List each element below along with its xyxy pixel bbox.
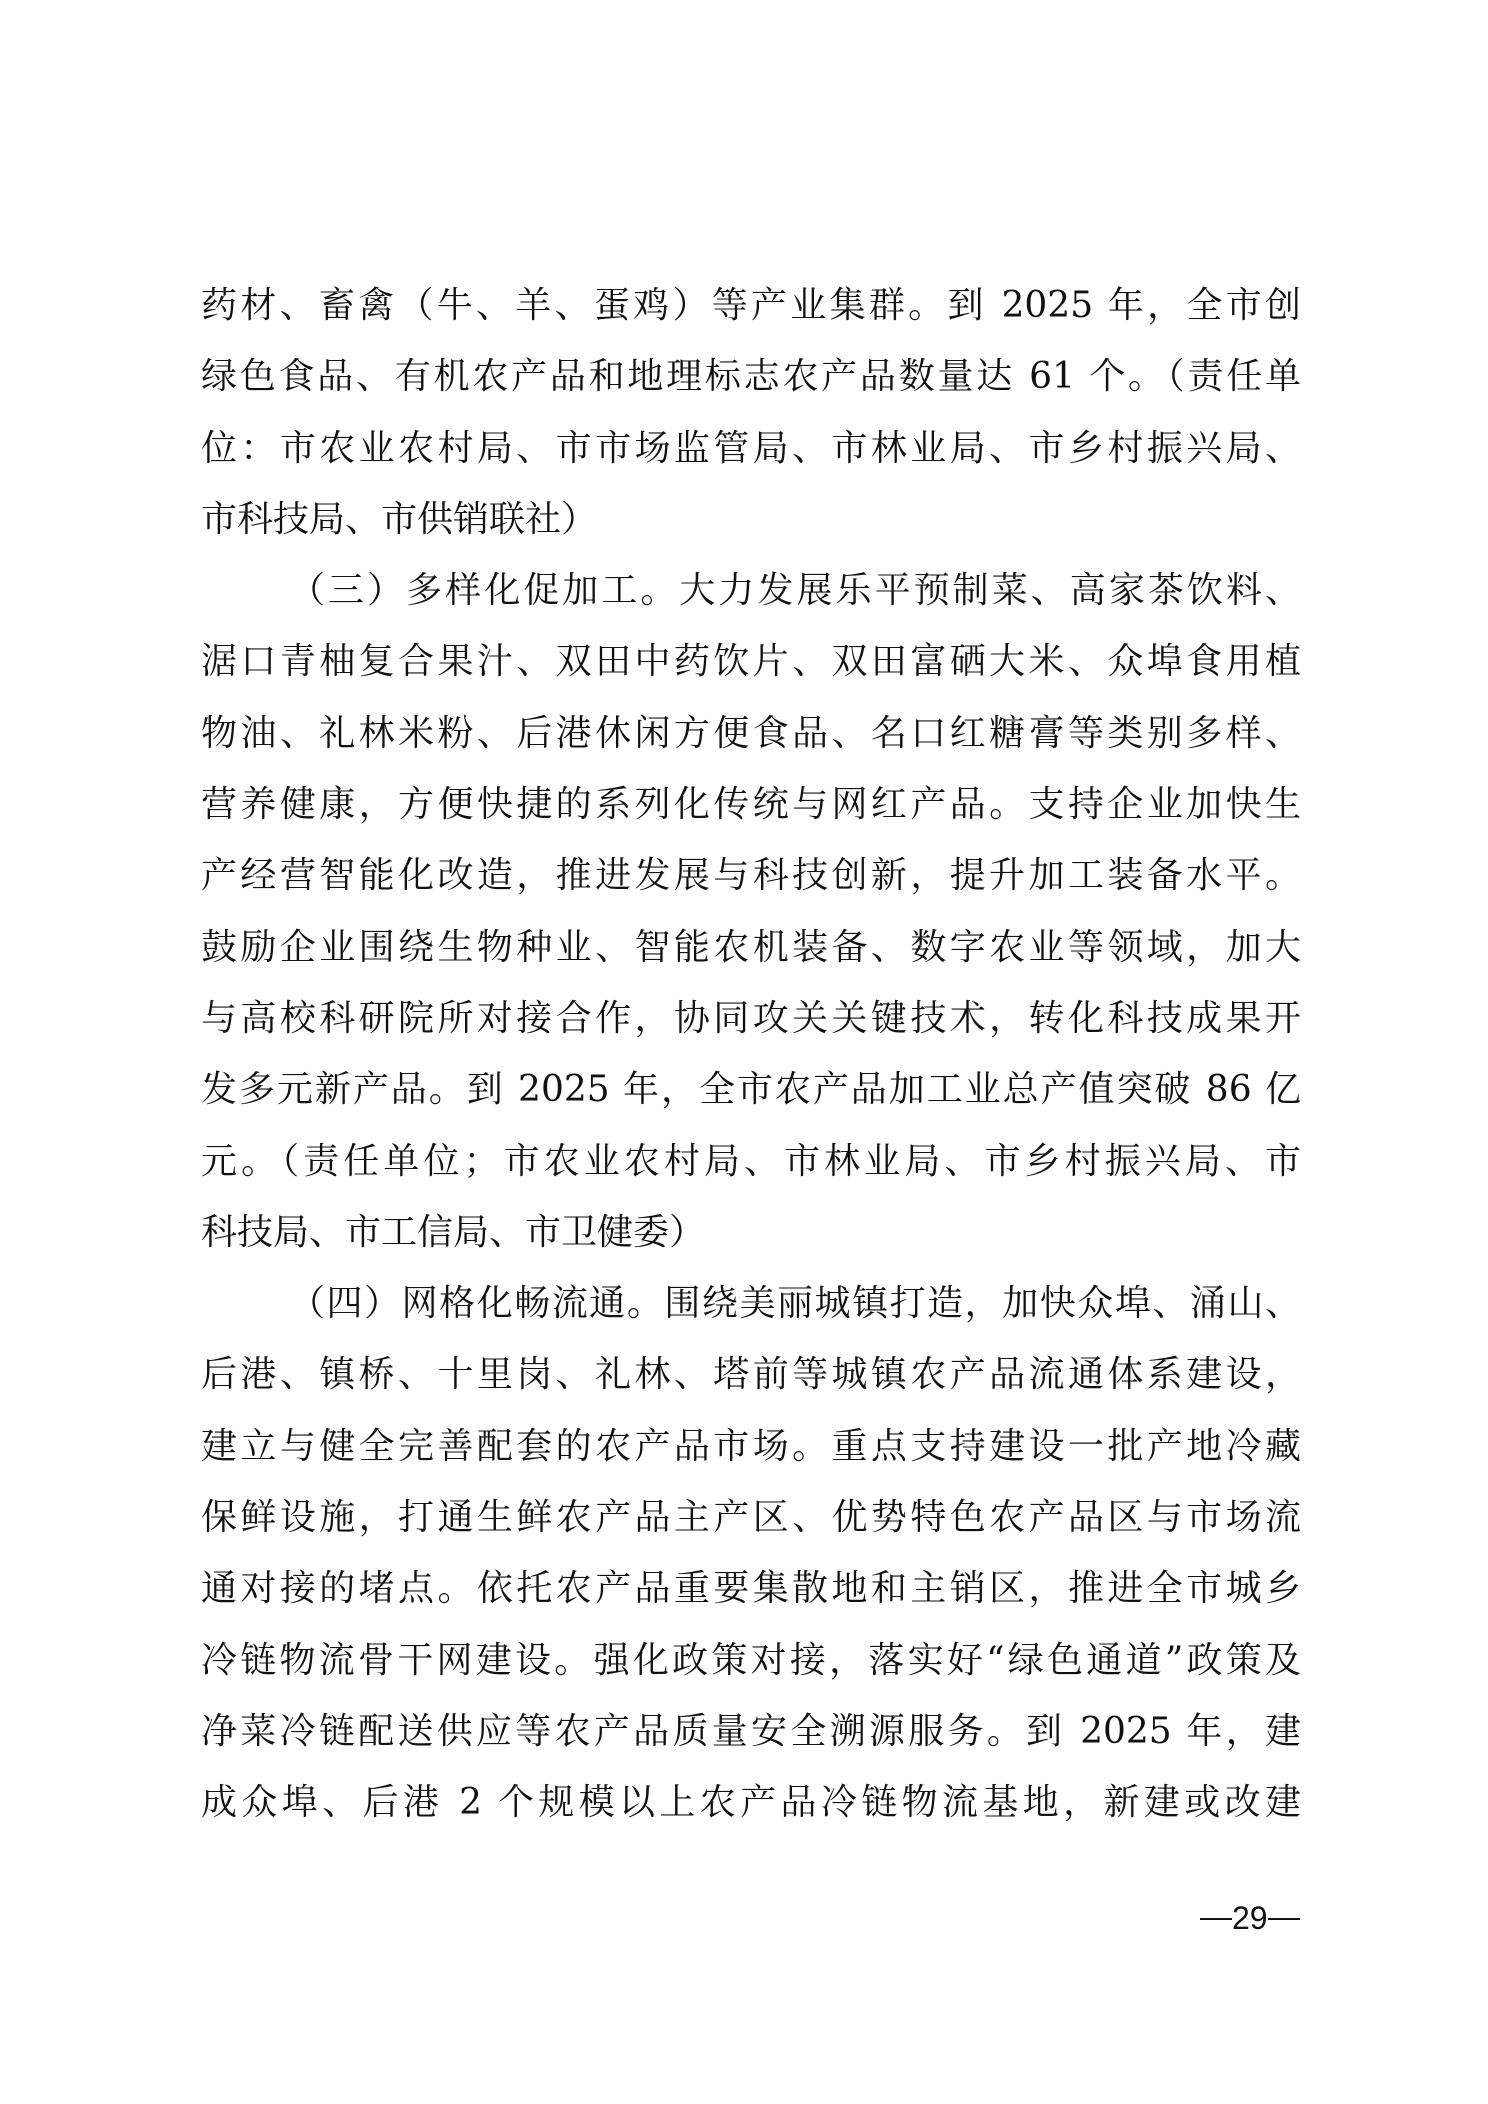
page-number: 29 (1200, 1900, 1300, 1937)
text-line: 鼓励企业围绕生物种业、智能农机装备、数字农业等领域，加大 (201, 912, 1301, 983)
text-line: 元。（责任单位；市农业农村局、市林业局、市乡村振兴局、市 (201, 1126, 1301, 1197)
text-line: 位：市农业农村局、市市场监管局、市林业局、市乡村振兴局、 (201, 413, 1301, 484)
text-line: 成众埠、后港 2 个规模以上农产品冷链物流基地，新建或改建 (201, 1767, 1301, 1838)
text-line: 物油、礼林米粉、后港休闲方便食品、名口红糖膏等类别多样、 (201, 698, 1301, 769)
text-line: 通对接的堵点。依托农产品重要集散地和主销区，推进全市城乡 (201, 1553, 1301, 1624)
text-line: 营养健康，方便快捷的系列化传统与网红产品。支持企业加快生 (201, 769, 1301, 840)
text-line: 与高校科研院所对接合作，协同攻关关键技术，转化科技成果开 (201, 983, 1301, 1054)
section-heading-line: （三）多样化促加工。大力发展乐平预制菜、高家茶饮料、 (201, 555, 1301, 626)
section-heading-line: （四）网格化畅流通。围绕美丽城镇打造，加快众埠、涌山、 (201, 1268, 1301, 1339)
text-line: 绿色食品、有机农产品和地理标志农产品数量达 61 个。（责任单 (201, 341, 1301, 412)
text-line: 冷链物流骨干网建设。强化政策对接，落实好“绿色通道”政策及 (201, 1625, 1301, 1696)
page-number-value: 29 (1232, 1900, 1268, 1937)
body-text: 药材、畜禽（牛、羊、蛋鸡）等产业集群。到 2025 年，全市创 绿色食品、有机农… (201, 270, 1301, 1839)
text-line: 涺口青柚复合果汁、双田中药饮片、双田富硒大米、众埠食用植 (201, 626, 1301, 697)
text-line: 产经营智能化改造，推进发展与科技创新，提升加工装备水平。 (201, 840, 1301, 911)
text-line: 建立与健全完善配套的农产品市场。重点支持建设一批产地冷藏 (201, 1411, 1301, 1482)
text-line: 药材、畜禽（牛、羊、蛋鸡）等产业集群。到 2025 年，全市创 (201, 270, 1301, 341)
text-line: 科技局、市工信局、市卫健委） (201, 1197, 1301, 1268)
text-line: 后港、镇桥、十里岗、礼林、塔前等城镇农产品流通体系建设， (201, 1339, 1301, 1410)
text-line: 市科技局、市供销联社） (201, 484, 1301, 555)
text-line: 发多元新产品。到 2025 年，全市农产品加工业总产值突破 86 亿 (201, 1054, 1301, 1125)
dash-left (1200, 1918, 1232, 1920)
dash-right (1268, 1918, 1300, 1920)
text-line: 净菜冷链配送供应等农产品质量安全溯源服务。到 2025 年，建 (201, 1696, 1301, 1767)
document-page: 药材、畜禽（牛、羊、蛋鸡）等产业集群。到 2025 年，全市创 绿色食品、有机农… (0, 0, 1488, 2104)
text-line: 保鲜设施，打通生鲜农产品主产区、优势特色农产品区与市场流 (201, 1482, 1301, 1553)
